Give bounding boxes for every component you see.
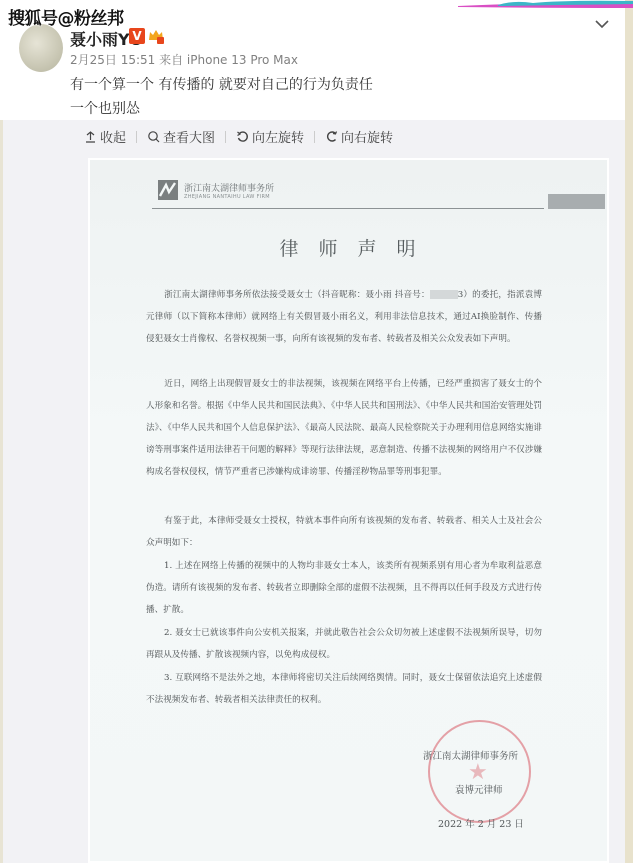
redacted-id	[430, 290, 458, 299]
paragraph-1-text-a: 浙江南太湖律师事务所依法接受聂女士（抖音昵称：聂小雨 抖音号：	[164, 290, 430, 300]
paragraph-5-text: 2. 聂女士已就该事件向公安机关报案，并就此敬告社会公众切勿被上述虚假不法视频所…	[146, 628, 542, 660]
signature-lawyer: 袁博元律师	[455, 782, 503, 796]
rotate-left-button[interactable]: 向左旋转	[236, 127, 304, 146]
divider	[314, 131, 315, 143]
crown-level-icon	[147, 27, 165, 45]
post-text-line-2: 一个也别怂	[70, 98, 140, 118]
divider	[225, 131, 226, 143]
rotate-right-icon	[325, 130, 338, 143]
search-icon	[147, 130, 160, 143]
page-edge	[625, 0, 633, 863]
paragraph-4: 1. 上述在网络上传播的视频中的人物均非聂女士本人，该类所有视频系别有用心者为牟…	[146, 555, 542, 621]
paragraph-3: 有鉴于此，本律师受聂女士授权，特就本事件向所有该视频的发布者、转载者、相关人士及…	[146, 510, 542, 554]
paragraph-6: 3. 互联网络不是法外之地，本律师将密切关注后续网络舆情。同时，聂女士保留依法追…	[146, 667, 542, 711]
paragraph-5: 2. 聂女士已就该事件向公安机关报案，并就此敬告社会公众切勿被上述虚假不法视频所…	[146, 622, 542, 666]
official-seal-icon: ★	[428, 720, 531, 823]
collapse-label: 收起	[100, 127, 126, 146]
watermark: 搜狐号@粉丝邦	[8, 4, 124, 29]
decorative-brush-stroke	[443, 0, 633, 10]
image-toolbar: 收起 查看大图 向左旋转 向右旋转	[84, 127, 393, 146]
paragraph-1: 浙江南太湖律师事务所依法接受聂女士（抖音昵称：聂小雨 抖音号：3）的委托，指派袁…	[146, 284, 542, 350]
signature-firm: 浙江南太湖律师事务所	[423, 748, 518, 762]
verified-badge-icon: V	[129, 28, 145, 44]
chevron-down-icon[interactable]	[594, 18, 610, 30]
paragraph-2: 近日，网络上出现假冒聂女士的非法视频，该视频在网络平台上传播，已经严重损害了聂女…	[146, 373, 542, 483]
paragraph-2-text: 近日，网络上出现假冒聂女士的非法视频，该视频在网络平台上传播，已经严重损害了聂女…	[146, 379, 542, 477]
post-meta: 2月25日 15:51 来自 iPhone 13 Pro Max	[70, 51, 298, 68]
law-firm-logo-icon	[158, 180, 178, 200]
lawyer-statement-image[interactable]: 浙江南太湖律师事务所 ZHEJIANG NANTAIHU LAW FIRM 律师…	[88, 158, 609, 863]
paragraph-4-text: 1. 上述在网络上传播的视频中的人物均非聂女士本人，该类所有视频系别有用心者为牟…	[146, 561, 542, 615]
view-large-button[interactable]: 查看大图	[147, 127, 215, 146]
document-title: 律师声明	[90, 234, 607, 261]
rotate-left-label: 向左旋转	[252, 127, 304, 146]
signature-date: 2022 年 2 月 23 日	[438, 816, 524, 830]
view-large-label: 查看大图	[163, 127, 215, 146]
firm-name-cn: 浙江南太湖律师事务所	[184, 181, 274, 194]
paragraph-3-text: 有鉴于此，本律师受聂女士授权，特就本事件向所有该视频的发布者、转载者、相关人士及…	[146, 516, 542, 548]
collapse-button[interactable]: 收起	[84, 127, 126, 146]
paragraph-6-text: 3. 互联网络不是法外之地，本律师将密切关注后续网络舆情。同时，聂女士保留依法追…	[146, 673, 542, 705]
divider	[136, 131, 137, 143]
page-tab	[548, 194, 605, 209]
header-rule	[152, 208, 544, 209]
rotate-right-button[interactable]: 向右旋转	[325, 127, 393, 146]
rotate-right-label: 向右旋转	[341, 127, 393, 146]
avatar[interactable]	[19, 24, 63, 72]
rotate-left-icon	[236, 130, 249, 143]
document-page: 浙江南太湖律师事务所 ZHEJIANG NANTAIHU LAW FIRM 律师…	[90, 160, 607, 861]
collapse-up-icon	[84, 130, 97, 143]
post-text-line-1: 有一个算一个 有传播的 就要对自己的行为负责任	[70, 74, 373, 94]
firm-name-en: ZHEJIANG NANTAIHU LAW FIRM	[184, 194, 270, 200]
